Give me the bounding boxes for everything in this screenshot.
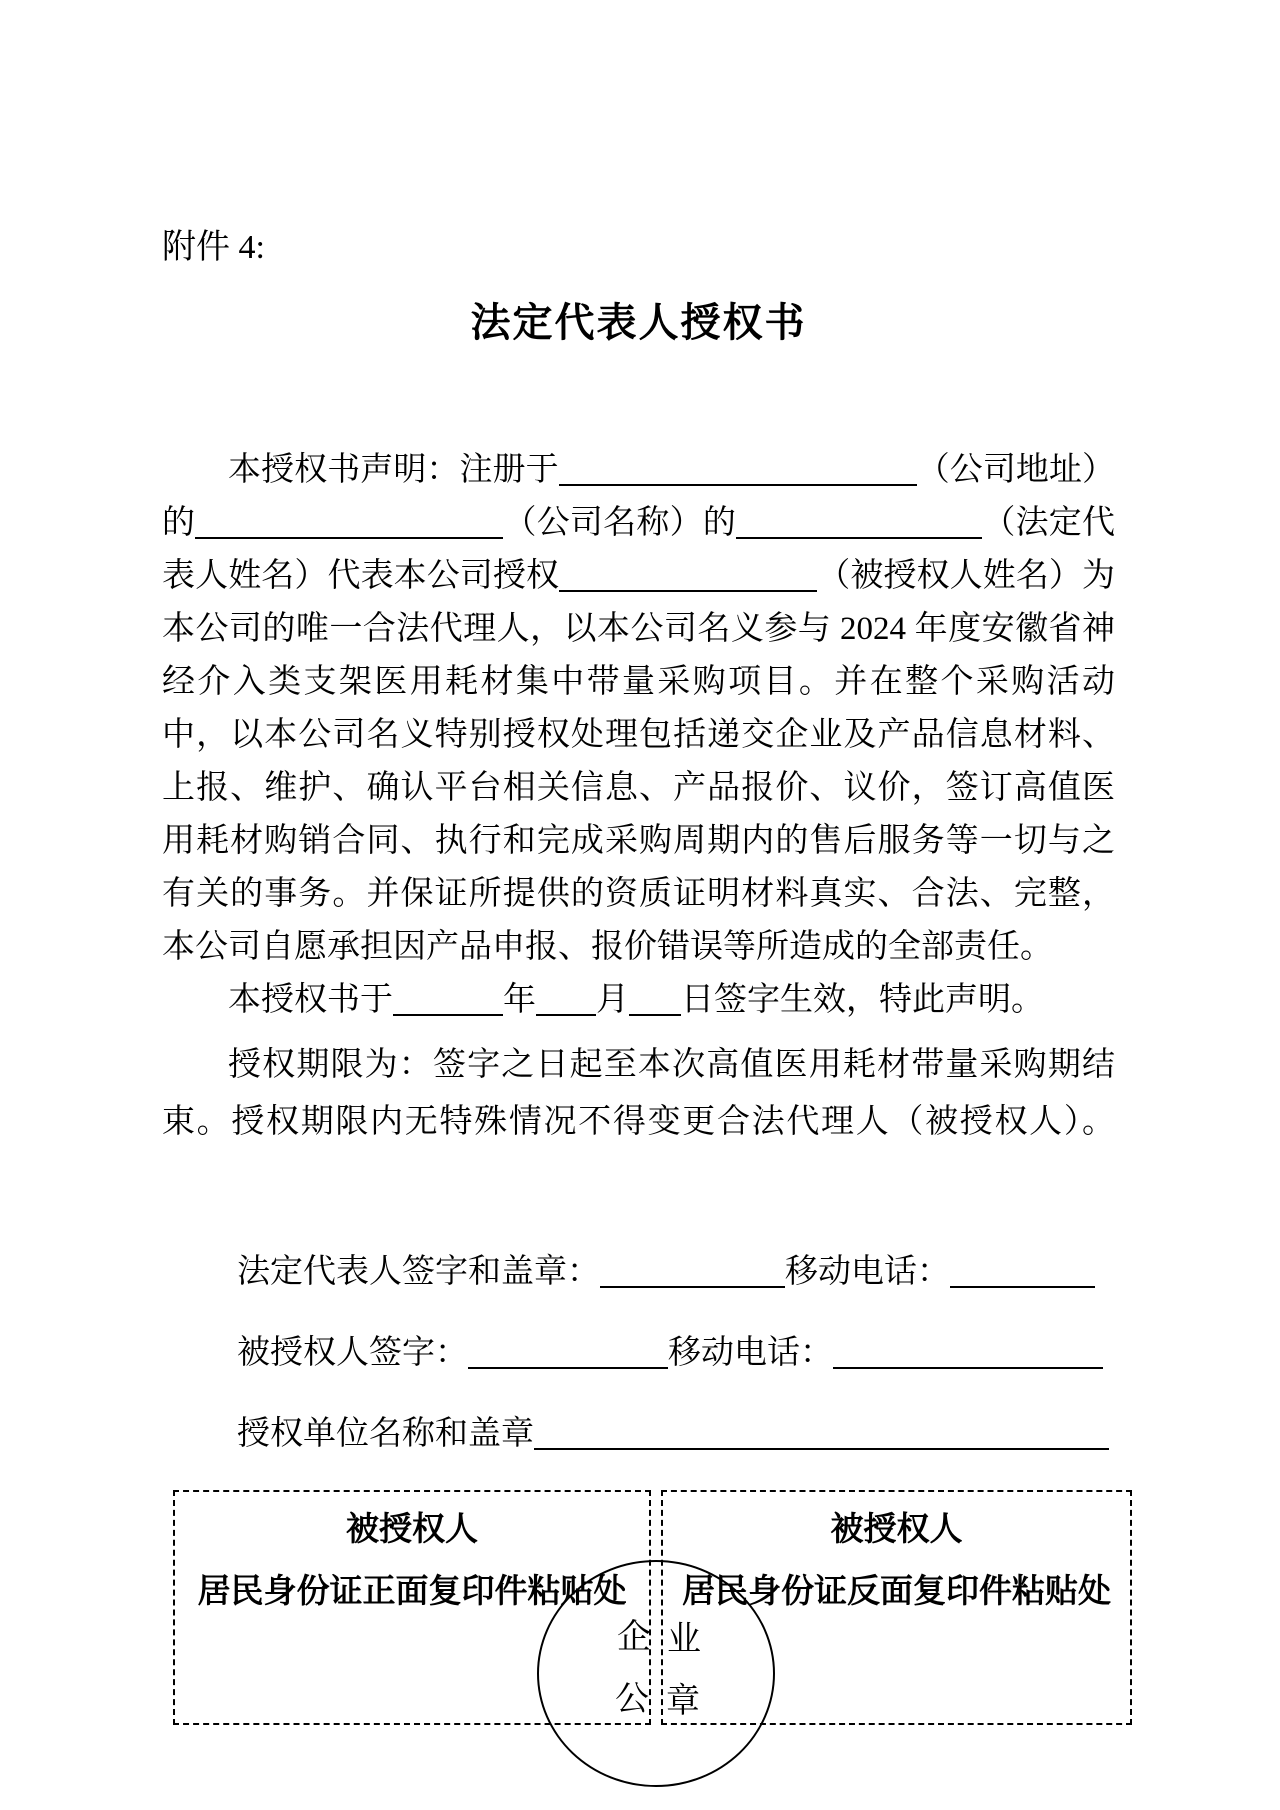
- blank-fill-in-line: [736, 501, 982, 539]
- blank-fill-in-line: [559, 448, 917, 486]
- text-run: 授权期限为：签字之日起至本次高值医用耗材带量采购期结束。授权期限内无特殊情况不得…: [162, 1047, 1115, 1140]
- paste-box-title: 被授权人: [175, 1512, 649, 1548]
- signature-line-authorized-person: 被授权人签字：移动电话：: [237, 1331, 1115, 1370]
- seal-char: 企: [617, 1620, 651, 1656]
- paste-box-title: 被授权人: [663, 1512, 1130, 1548]
- paragraph-effective-date: 本授权书于年月日签字生效，特此声明。: [162, 974, 1115, 1027]
- text-run: （被授权人姓名）为本公司的唯一合法代理人，以本公司名义参与 2024 年度安徽省…: [162, 558, 1115, 965]
- blank-fill-in-line: [536, 978, 596, 1016]
- text-run: 日签字生效，特此声明。: [681, 982, 1044, 1018]
- seal-char: 公: [615, 1682, 649, 1718]
- paragraph-declaration: 本授权书声明：注册于（公司地址）的（公司名称）的（法定代表人姓名）代表本公司授权…: [162, 444, 1115, 974]
- blank-fill-in-line: [600, 1250, 785, 1288]
- blank-fill-in-line: [629, 978, 681, 1016]
- blank-fill-in-line: [833, 1331, 1103, 1369]
- text-run: 移动电话：: [785, 1254, 950, 1290]
- signature-line-legal-representative: 法定代表人签字和盖章：移动电话：: [237, 1250, 1115, 1289]
- text-run: （公司名称）的: [503, 505, 736, 541]
- blank-fill-in-line: [393, 978, 503, 1016]
- text-run: 授权单位名称和盖章: [237, 1416, 534, 1452]
- blank-fill-in-line: [195, 501, 503, 539]
- text-run: 本授权书于: [228, 982, 393, 1018]
- signature-section: 法定代表人签字和盖章：移动电话： 被授权人签字：移动电话： 授权单位名称和盖章: [162, 1250, 1115, 1493]
- text-run: 法定代表人签字和盖章：: [237, 1254, 600, 1290]
- blank-fill-in-line: [534, 1412, 1109, 1450]
- text-run: 月: [596, 982, 629, 1018]
- company-seal-circle: [537, 1560, 775, 1787]
- blank-fill-in-line: [950, 1250, 1095, 1288]
- seal-char: 章: [666, 1684, 700, 1720]
- attachment-label: 附件 4:: [162, 230, 265, 266]
- document-title: 法定代表人授权书: [162, 300, 1115, 346]
- paragraph-authorization-period: 授权期限为：签字之日起至本次高值医用耗材带量采购期结束。授权期限内无特殊情况不得…: [162, 1037, 1115, 1151]
- blank-fill-in-line: [559, 554, 817, 592]
- signature-line-company-name-seal: 授权单位名称和盖章: [237, 1412, 1115, 1451]
- seal-char: 业: [667, 1622, 701, 1658]
- document-page: 附件 4: 法定代表人授权书 本授权书声明：注册于（公司地址）的（公司名称）的（…: [0, 0, 1280, 1810]
- text-run: 移动电话：: [668, 1335, 833, 1371]
- text-run: 年: [503, 982, 536, 1018]
- text-run: 被授权人签字：: [237, 1335, 468, 1371]
- text-run: 本授权书声明：注册于: [228, 452, 559, 488]
- document-body: 本授权书声明：注册于（公司地址）的（公司名称）的（法定代表人姓名）代表本公司授权…: [162, 444, 1115, 1151]
- blank-fill-in-line: [468, 1331, 668, 1369]
